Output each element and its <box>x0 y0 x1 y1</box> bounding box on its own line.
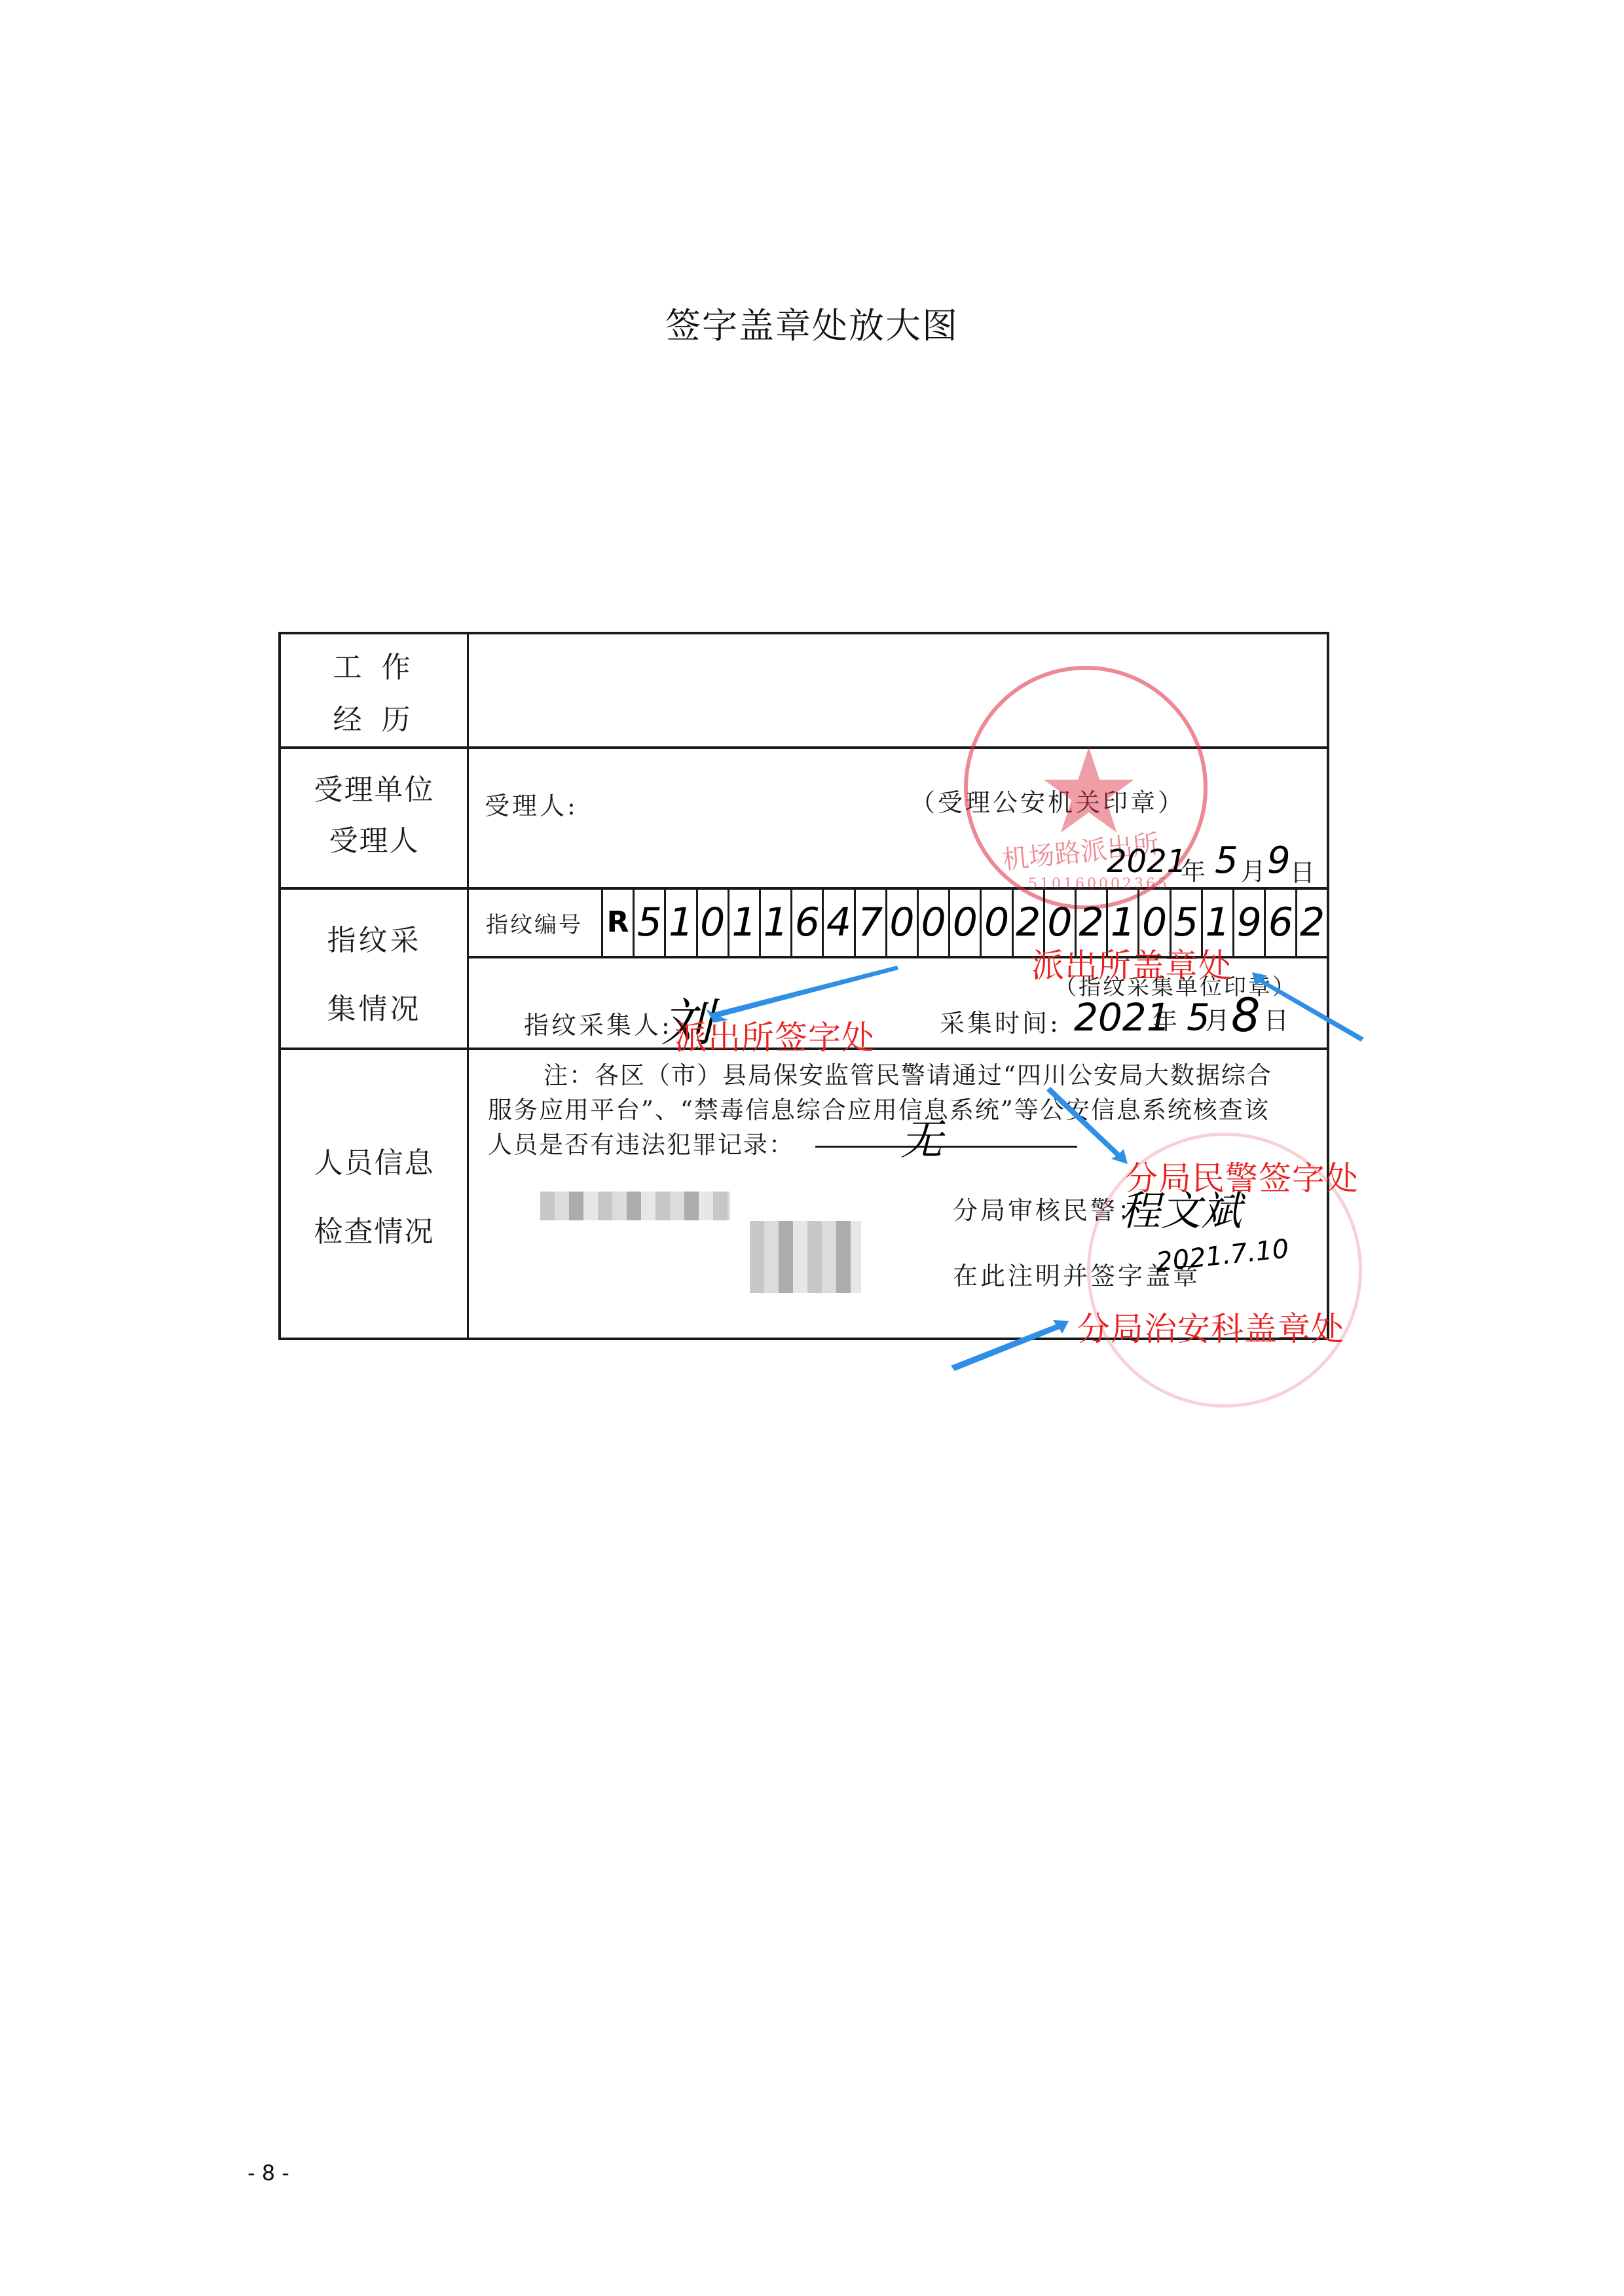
arrow-icon <box>706 966 898 1023</box>
arrow-icon <box>1252 972 1364 1042</box>
annotation-arrows <box>0 0 1624 2296</box>
arrow-icon <box>951 1320 1069 1371</box>
page-number: - 8 - <box>248 2160 289 2185</box>
arrow-icon <box>1046 1087 1128 1164</box>
